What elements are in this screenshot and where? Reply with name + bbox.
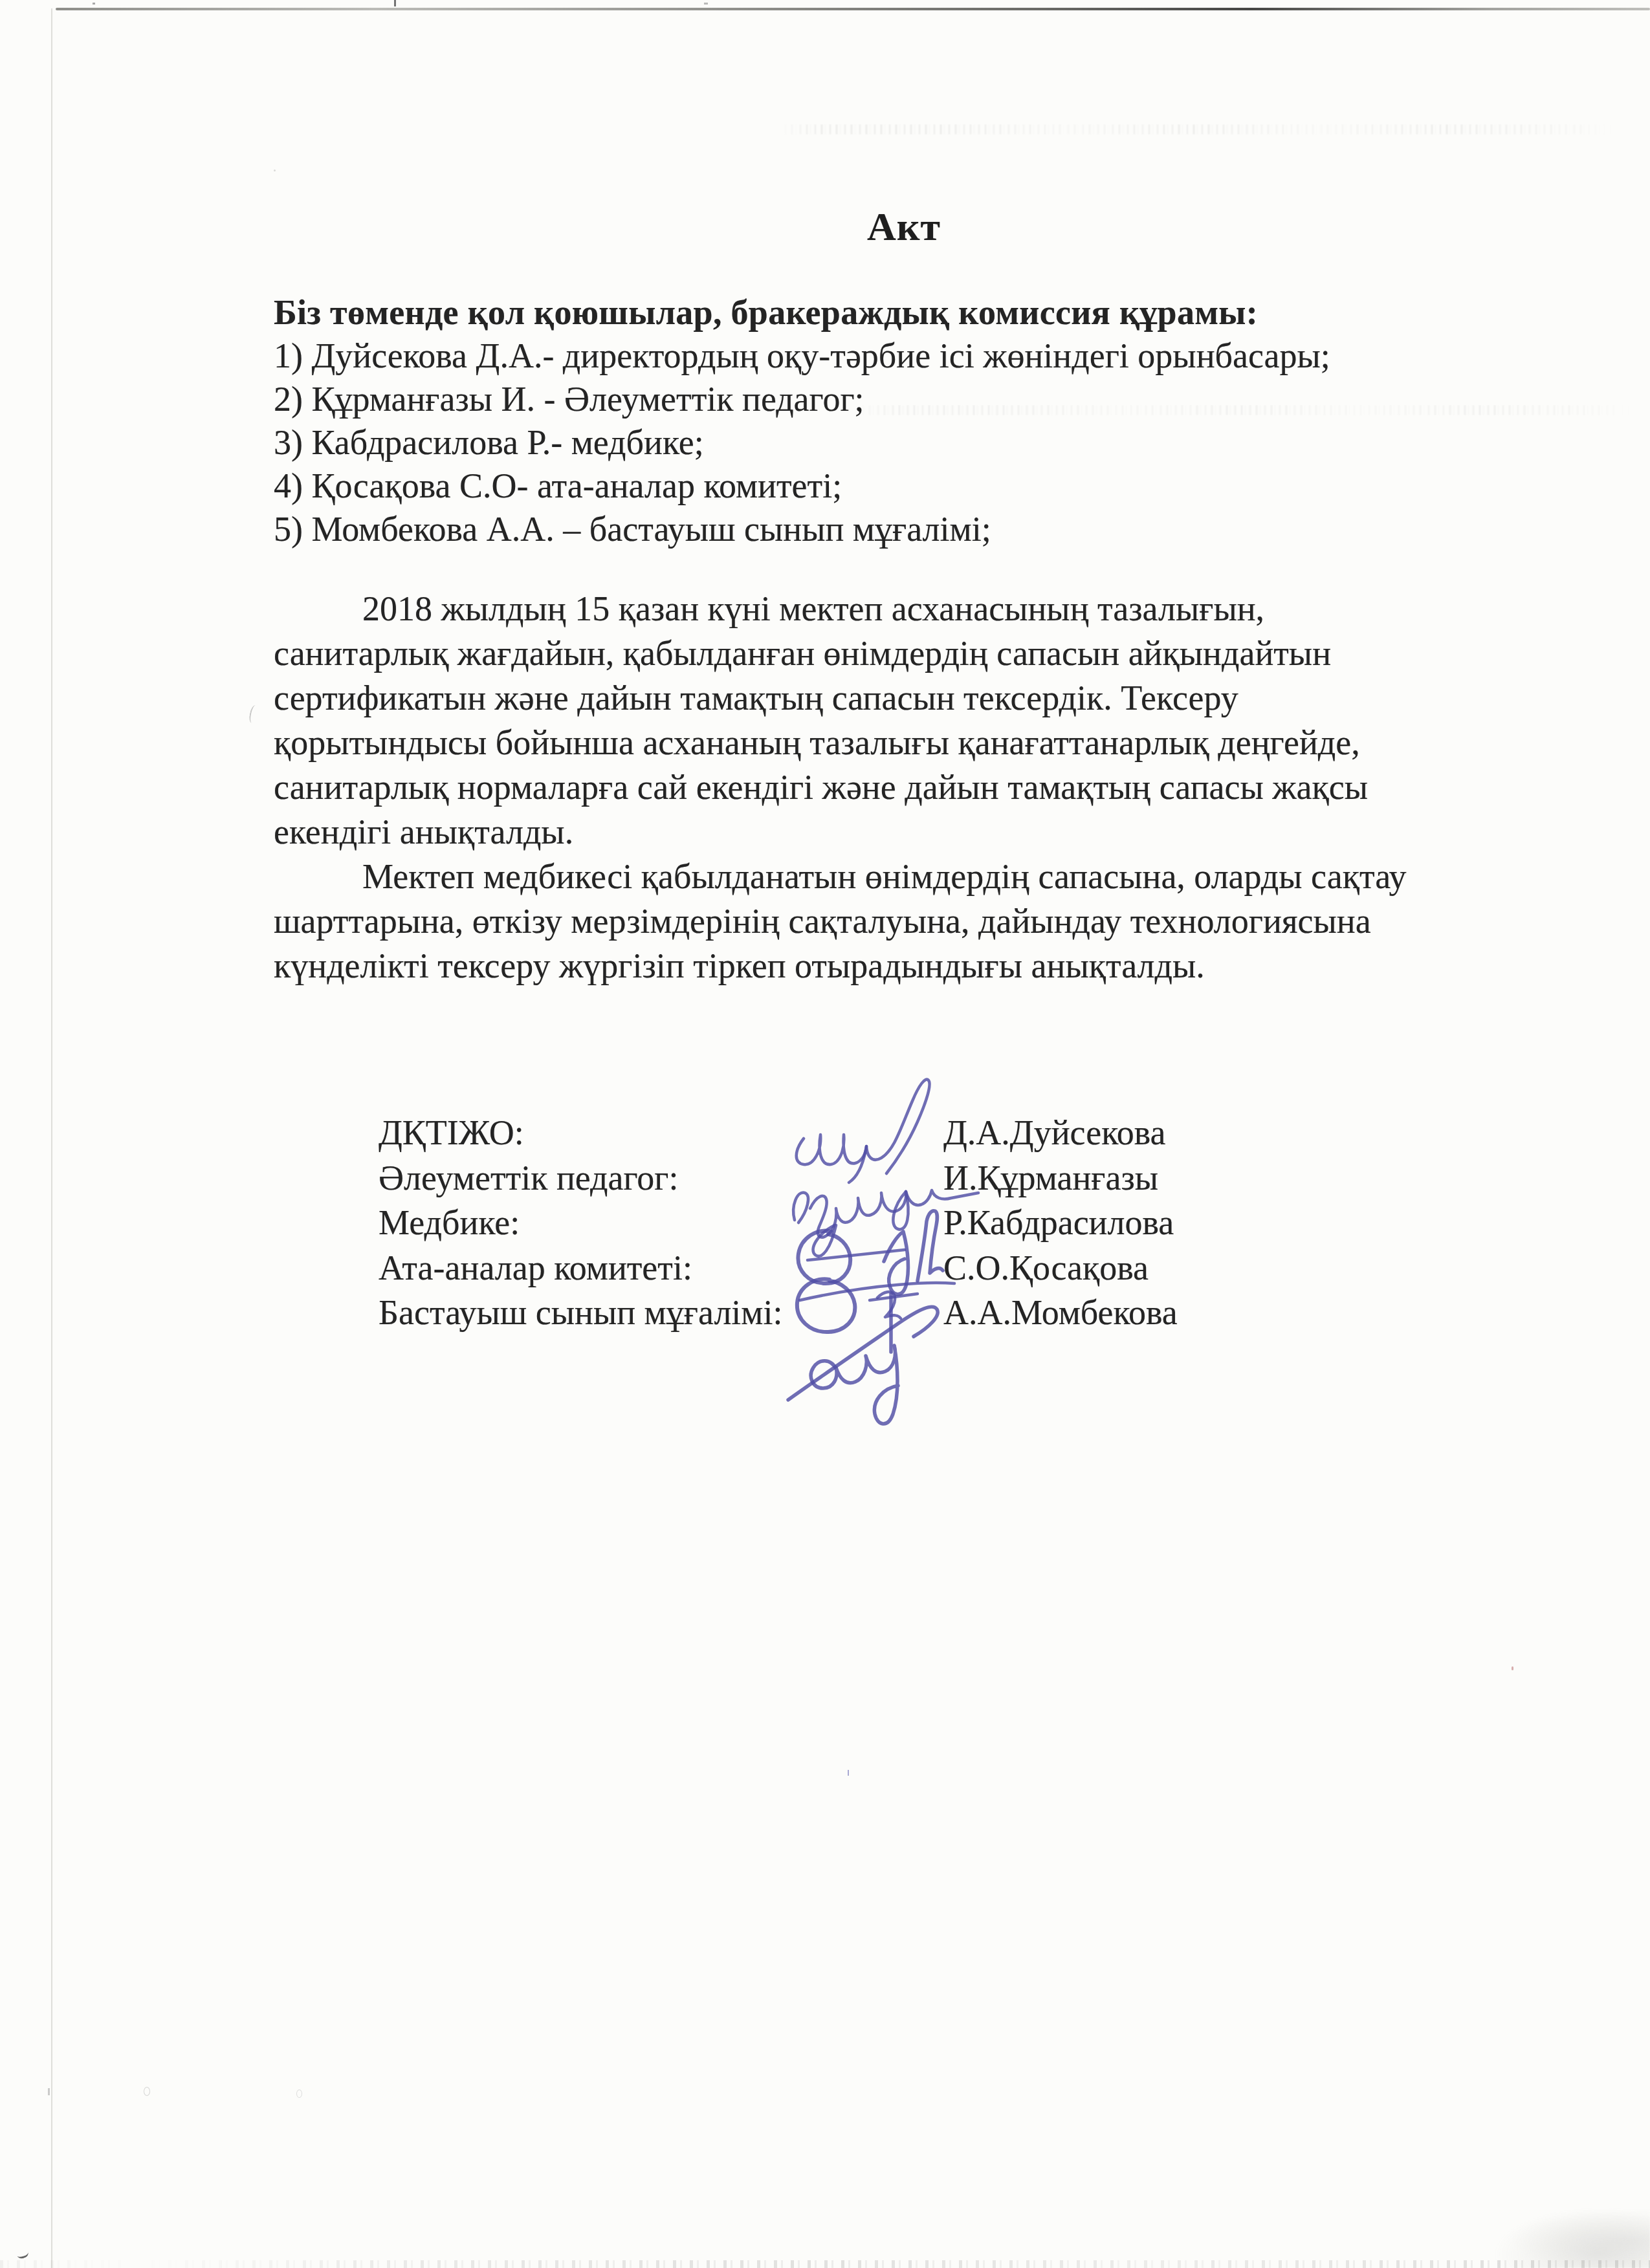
signature-kurmangazy-ink: [793, 1193, 808, 1223]
signature-role-label: ДҚТІЖО:: [379, 1111, 783, 1156]
body-line: қорытындысы бойынша асхананың тазалығы қ…: [274, 721, 1406, 765]
document-title: Акт: [867, 204, 941, 250]
body-line: санитарлық нормаларға сай екендігі және …: [274, 765, 1406, 810]
body-paragraphs: 2018 жылдың 15 қазан күні мектеп асханас…: [274, 587, 1406, 988]
scan-top-edge-line: [56, 8, 1650, 10]
bleed-through-band: [776, 124, 1618, 135]
scanned-document-page: Акт Біз төменде қол қоюшылар, бракеражды…: [0, 0, 1650, 2268]
commission-member-line: 5) Момбекова А.А. – бастауыш сынып мұғал…: [274, 508, 1330, 551]
body-line: 2018 жылдың 15 қазан күні мектеп асханас…: [274, 587, 1406, 631]
scan-speck: [296, 2089, 302, 2098]
scan-speck: [93, 3, 95, 5]
body-line: күнделікті тексеру жүргізіп тіркеп отыра…: [274, 944, 1406, 988]
scan-left-edge-line: [51, 8, 52, 2268]
scan-speck: [1512, 1666, 1513, 1670]
signature-role-label: Әлеуметтік педагог:: [379, 1156, 783, 1201]
scan-speck: [144, 2087, 150, 2096]
body-line: сертификатын және дайын тамақтың сапасын…: [274, 676, 1406, 721]
signature-mombekova-ink: [811, 1346, 898, 1424]
handwritten-signatures: [731, 1061, 984, 1430]
signature-role-label: Бастауыш сынып мұғалімі:: [379, 1291, 783, 1336]
scan-corner-smudge: [1475, 2199, 1650, 2268]
scan-speck: [704, 3, 708, 5]
scan-margin-mark: [248, 704, 259, 724]
commission-member-line: 3) Кабдрасилова Р.- медбике;: [274, 421, 1330, 464]
signature-role-label: Медбике:: [379, 1201, 783, 1246]
scan-speck: [394, 0, 396, 6]
signature-kosakova-ink: [797, 1279, 855, 1332]
signature-kurmangazy-ink: [893, 1192, 908, 1229]
signature-mombekova-ink: [788, 1307, 938, 1400]
scan-speck: [48, 2088, 50, 2095]
body-line: Мектеп медбикесі қабылданатын өнімдердің…: [274, 855, 1406, 899]
body-line: шарттарына, өткізу мерзімдерінің сақталу…: [274, 899, 1406, 944]
body-line: екендігі анықталды.: [274, 810, 1406, 855]
commission-member-line: 2) Құрманғазы И. - Әлеуметтік педагог;: [274, 378, 1330, 421]
scan-speck: [16, 2249, 29, 2260]
commission-member-line: 4) Қосақова С.О- ата-аналар комитеті;: [274, 464, 1330, 508]
signature-kabdrasilova-ink: [918, 1211, 943, 1281]
signature-role-label: Ата-аналар комитеті:: [379, 1246, 783, 1291]
intro-section: Біз төменде қол қоюшылар, бракераждық ко…: [274, 291, 1330, 551]
signature-role-column: ДҚТІЖО:Әлеуметтік педагог:Медбике:Ата-ан…: [379, 1111, 783, 1336]
scan-bottom-noise: [0, 2260, 1650, 2268]
commission-member-line: 1) Дуйсекова Д.А.- директордың оқу-тәрби…: [274, 334, 1330, 378]
intro-heading: Біз төменде қол қоюшылар, бракераждық ко…: [274, 291, 1330, 334]
scan-speck: [848, 1770, 849, 1776]
scan-speck: [274, 169, 276, 171]
body-line: санитарлық жағдайын, қабылданған өнімдер…: [274, 631, 1406, 676]
commission-list: 1) Дуйсекова Д.А.- директордың оқу-тәрби…: [274, 334, 1330, 551]
